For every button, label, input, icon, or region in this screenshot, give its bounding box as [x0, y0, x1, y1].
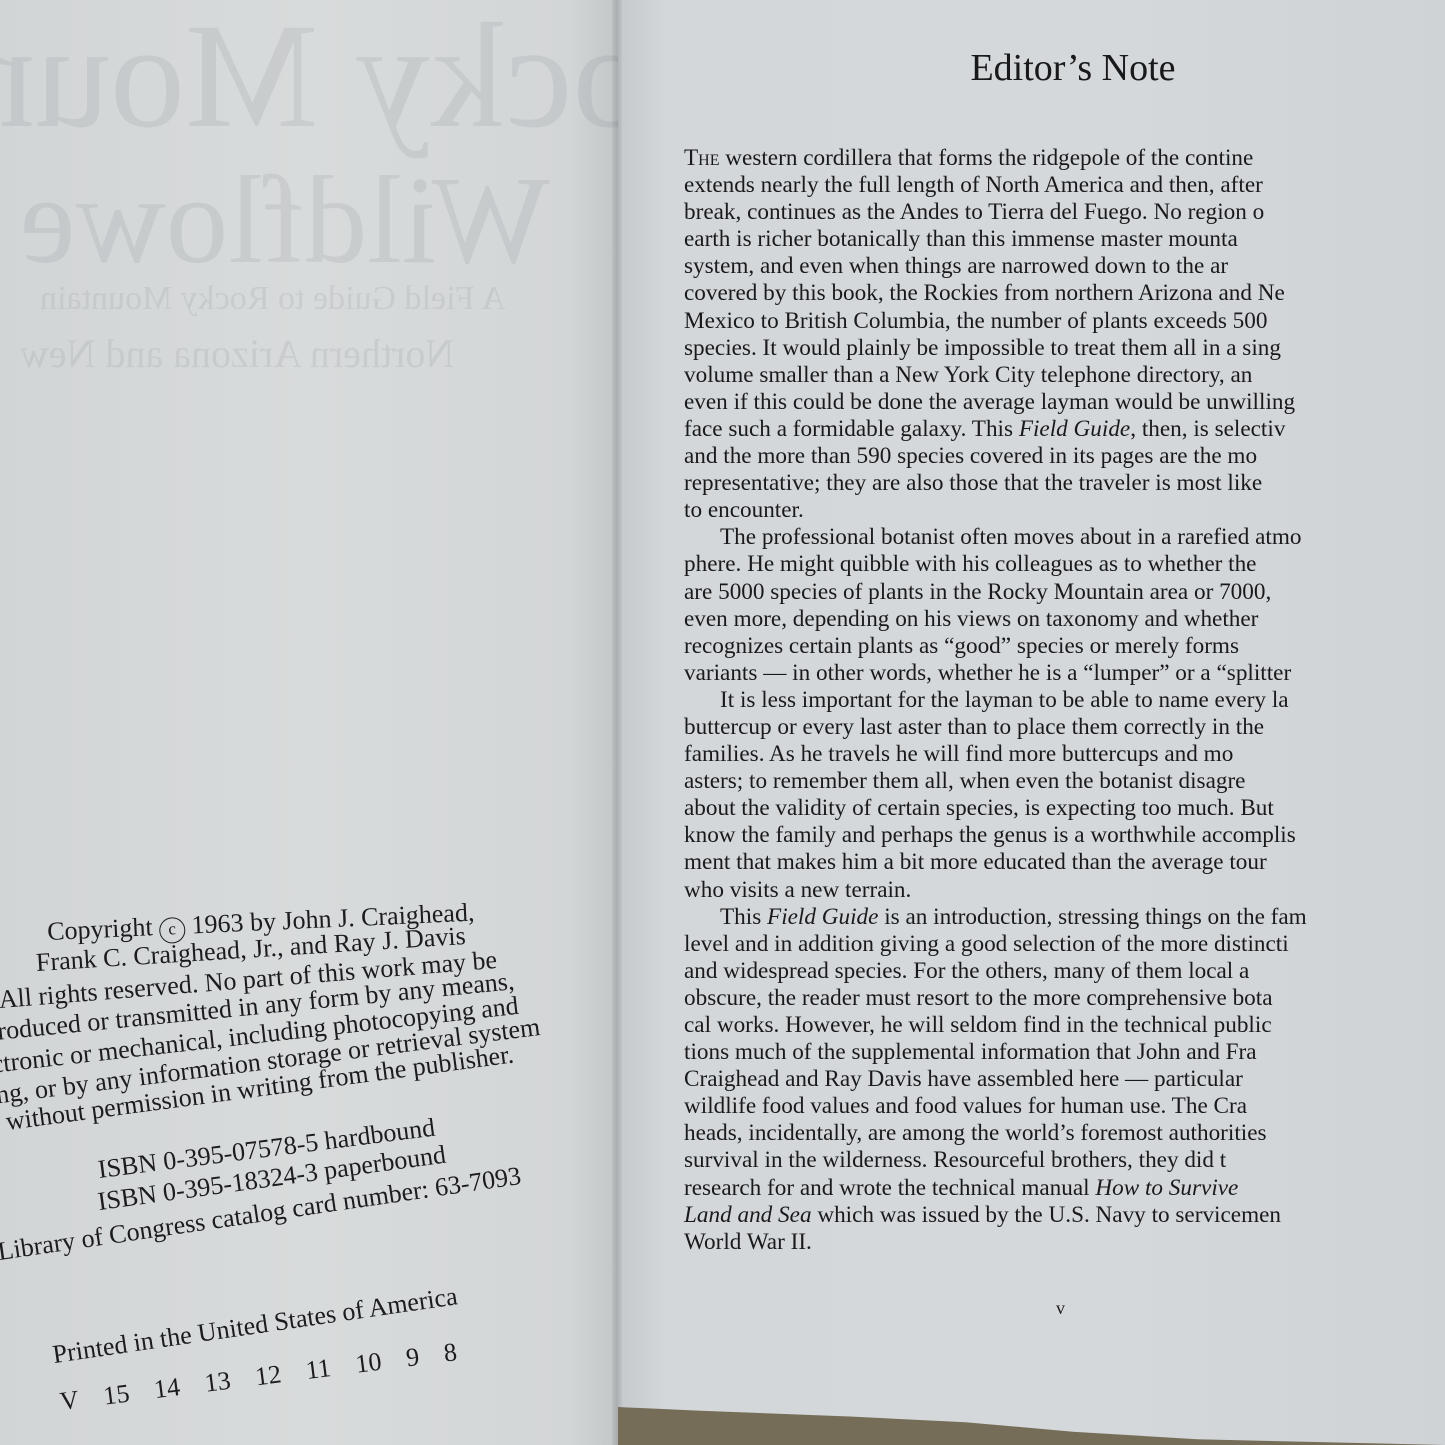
text-line: recognizes certain plants as “good” spec… [684, 633, 1445, 660]
text-line: about the validity of certain species, i… [684, 795, 1445, 822]
text-line: research for and wrote the technical man… [684, 1175, 1445, 1202]
italic-title: Field Guide [767, 904, 878, 930]
text-line: buttercup or every last aster than to pl… [684, 714, 1445, 741]
book-gutter [612, 0, 622, 1445]
line-text: This [720, 904, 767, 930]
text-line: obscure, the reader must resort to the m… [684, 985, 1445, 1012]
printing-number: 10 [354, 1347, 384, 1380]
text-line: are 5000 species of plants in the Rocky … [684, 579, 1445, 606]
text-line: Mexico to British Columbia, the number o… [684, 308, 1445, 335]
printing-number: 15 [102, 1378, 132, 1411]
text-line: The western cordillera that forms the ri… [684, 145, 1445, 172]
line-text: face such a formidable galaxy. This [684, 416, 1019, 442]
text-line: and widespread species. For the others, … [684, 958, 1445, 985]
printing-number: 11 [304, 1353, 333, 1386]
text-line: The professional botanist often moves ab… [684, 524, 1445, 551]
text-line: survival in the wilderness. Resourceful … [684, 1147, 1445, 1174]
page-number: v [1056, 1298, 1065, 1319]
text-line: It is less important for the layman to b… [684, 687, 1445, 714]
left-page-copyright: Rocky Moun Wildflowe A Field Guide to Ro… [0, 0, 618, 1445]
text-line: asters; to remember them all, when even … [684, 768, 1445, 795]
text-line: to encounter. [684, 497, 1445, 524]
line-text: is an introduction, stressing things on … [878, 904, 1306, 930]
text-line: know the family and perhaps the genus is… [684, 822, 1445, 849]
text-line: representative; they are also those that… [684, 470, 1445, 497]
italic-title: Field Guide [1019, 416, 1130, 442]
open-book-spread: Rocky Moun Wildflowe A Field Guide to Ro… [0, 0, 1445, 1445]
text-line: who visits a new terrain. [684, 877, 1445, 904]
text-line: ment that makes him a bit more educated … [684, 849, 1445, 876]
text-line: earth is richer botanically than this im… [684, 226, 1445, 253]
text-line: phere. He might quibble with his colleag… [684, 551, 1445, 578]
text-line: volume smaller than a New York City tele… [684, 362, 1445, 389]
bleed-through-text: A Field Guide to Rocky Mountain [40, 280, 506, 318]
text-line: World War II. [684, 1229, 1445, 1256]
text-line: extends nearly the full length of North … [684, 172, 1445, 199]
line-text: western cordillera that forms the ridgep… [725, 145, 1253, 171]
text-line: families. As he travels he will find mor… [684, 741, 1445, 768]
right-page-editors-note: Editor’s Note The western cordillera tha… [618, 0, 1445, 1445]
text-line: system, and even when things are narrowe… [684, 253, 1445, 280]
printing-number: 13 [203, 1366, 233, 1399]
text-line: break, continues as the Andes to Tierra … [684, 199, 1445, 226]
text-line: even if this could be done the average l… [684, 389, 1445, 416]
printing-code: V [58, 1385, 80, 1417]
italic-title: How to Survive [1095, 1175, 1238, 1201]
printing-number: 14 [152, 1372, 182, 1405]
text-line: tions much of the supplemental informati… [684, 1039, 1445, 1066]
line-text: , then, is selectiv [1130, 416, 1285, 442]
text-line: Land and Sea which was issued by the U.S… [684, 1202, 1445, 1229]
text-line: variants — in other words, whether he is… [684, 660, 1445, 687]
text-line: covered by this book, the Rockies from n… [684, 280, 1445, 307]
text-line: Craighead and Ray Davis have assembled h… [684, 1066, 1445, 1093]
printing-number: 12 [253, 1359, 283, 1392]
line-text: which was issued by the U.S. Navy to ser… [812, 1202, 1281, 1228]
text-line: even more, depending on his views on tax… [684, 606, 1445, 633]
text-line: face such a formidable galaxy. This Fiel… [684, 416, 1445, 443]
italic-title: Land and Sea [684, 1202, 812, 1228]
text-line: This Field Guide is an introduction, str… [684, 904, 1445, 931]
text-line: and the more than 590 species covered in… [684, 443, 1445, 470]
bleed-through-text: Wildflowe [20, 150, 550, 293]
text-line: level and in addition giving a good sele… [684, 931, 1445, 958]
editors-note-body: The western cordillera that forms the ri… [684, 145, 1445, 1256]
text-line: cal works. However, he will seldom find … [684, 1012, 1445, 1039]
text-line: species. It would plainly be impossible … [684, 335, 1445, 362]
printing-number: 8 [442, 1337, 459, 1368]
drop-lead-word: The [684, 145, 720, 171]
text-line: heads, incidentally, are among the world… [684, 1120, 1445, 1147]
page-title: Editor’s Note [618, 46, 1445, 90]
text-line: wildlife food values and food values for… [684, 1093, 1445, 1120]
bleed-through-text: Rocky Moun [0, 0, 618, 162]
line-text: research for and wrote the technical man… [684, 1175, 1095, 1201]
bleed-through-text: Northern Arizona and New [20, 330, 454, 377]
printing-number: 9 [404, 1342, 421, 1373]
